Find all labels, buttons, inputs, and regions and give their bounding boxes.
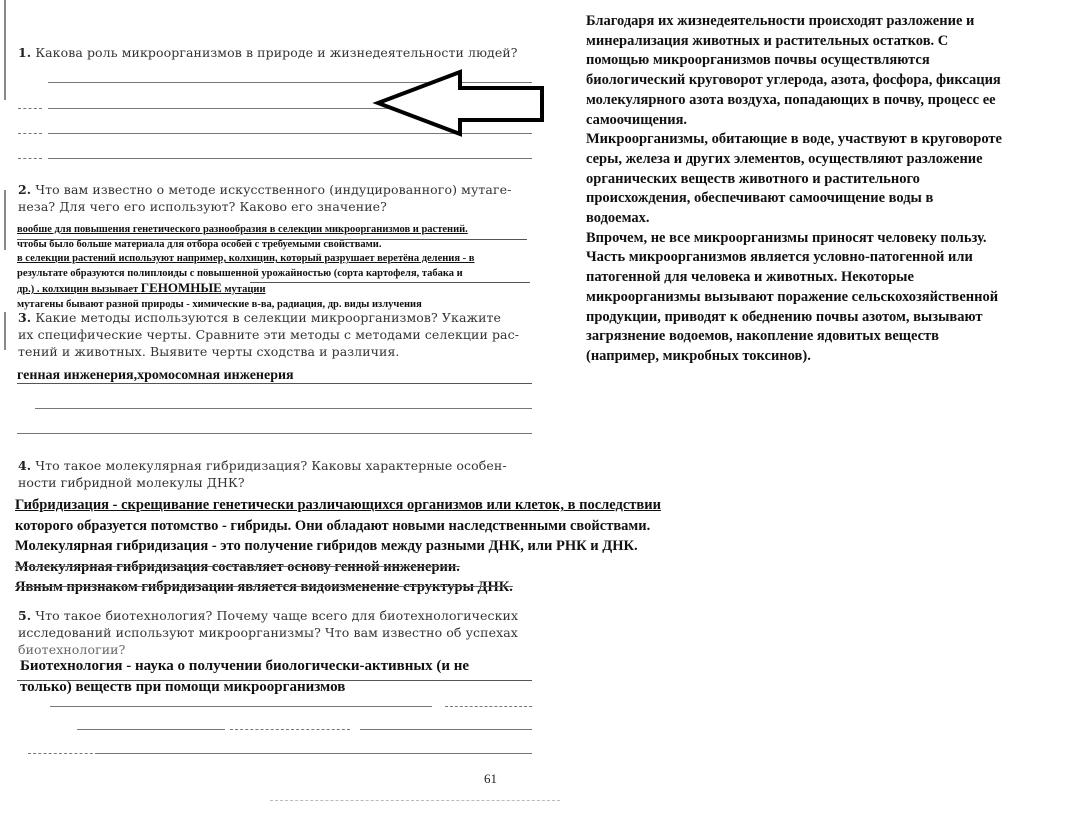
answer-line (250, 282, 530, 283)
question-text: тений и животных. Выявите черты сходства… (18, 343, 519, 360)
answer-line (230, 729, 350, 731)
side-answer-line: самоочищения. (586, 111, 1076, 131)
scan-margin-line (4, 312, 6, 350)
side-answer-line: патогенной для человека и животных. Неко… (586, 268, 1076, 288)
answer-emphasis: ГЕНОМНЫЕ (141, 280, 222, 295)
side-answer-line: Часть микроорганизмов является условно-п… (586, 248, 1076, 268)
answer-4: Гибридизация - скрещивание генетически р… (15, 495, 775, 598)
answer-line (445, 706, 532, 708)
question-5: 5. Что такое биотехнология? Почему чаще … (18, 607, 518, 658)
question-number: 1. (18, 45, 31, 60)
question-4: 4. Что такое молекулярная гибридизация? … (18, 457, 507, 491)
side-answer-line: происхождения, обеспечивают самоочищение… (586, 189, 1076, 209)
left-arrow-icon (370, 66, 550, 140)
question-number: 3. (18, 310, 31, 325)
answer-line (17, 680, 532, 681)
answer-line (18, 133, 42, 135)
question-1: 1. Какова роль микроорганизмов в природе… (18, 44, 518, 61)
answer-2: вообше для повышения генетического разно… (17, 223, 547, 312)
side-answer-line: загрязнение водоемов, накопление ядовиты… (586, 327, 1076, 347)
side-answer: Благодаря их жизнедеятельности происходя… (586, 12, 1076, 367)
answer-text: в селекции растений используют например,… (17, 252, 547, 267)
answer-text: которого образуется потомство - гибриды.… (15, 516, 775, 537)
side-answer-line: продукции, приводят к обеднению почвы аз… (586, 308, 1076, 328)
side-answer-line: Впрочем, не все микроорганизмы приносят … (586, 229, 1076, 249)
side-answer-line: биологический круговорот углерода, азота… (586, 71, 1076, 91)
answer-line (77, 729, 225, 730)
scan-margin-line (4, 190, 6, 250)
side-answer-line: Благодаря их жизнедеятельности происходя… (586, 12, 1076, 32)
question-text: исследований используют микроорганизмы? … (18, 624, 518, 641)
answer-line (48, 158, 532, 159)
scan-margin-line (4, 0, 6, 100)
answer-text: Гибридизация - скрещивание генетически р… (15, 495, 775, 516)
answer-text: Молекулярная гибридизация - это получени… (15, 536, 775, 557)
answer-line (18, 158, 42, 160)
answer-line (98, 753, 532, 754)
answer-line (28, 753, 98, 755)
answer-5: Биотехнология - наука о получении биолог… (20, 656, 469, 698)
question-text: неза? Для чего его используют? Каково ег… (18, 198, 511, 215)
answer-text: вообше для повышения генетического разно… (17, 223, 547, 238)
answer-line (360, 729, 532, 730)
scan-artifact (270, 800, 560, 802)
answer-line (17, 239, 527, 240)
side-answer-line: микроорганизмы вызывают поражение сельск… (586, 288, 1076, 308)
question-text: ности гибридной молекулы ДНК? (18, 474, 507, 491)
answer-line (18, 108, 42, 110)
page-number: 61 (484, 771, 497, 787)
side-answer-line: молекулярного азота воздуха, попадающих … (586, 91, 1076, 111)
answer-line (17, 433, 532, 434)
side-answer-line: минерализация животных и растительных ос… (586, 32, 1076, 52)
question-number: 5. (18, 608, 31, 623)
question-2: 2. Что вам известно о методе искусственн… (18, 181, 511, 215)
side-answer-line: помощью микроорганизмов почвы осуществля… (586, 51, 1076, 71)
question-number: 4. (18, 458, 31, 473)
side-answer-line: органических веществ животного и растите… (586, 170, 1076, 190)
answer-line (17, 383, 532, 384)
question-3: 3. Какие методы используются в селекции … (18, 309, 519, 360)
question-text: их специфические черты. Сравните эти мет… (18, 326, 519, 343)
answer-text: результате образуются полиплоиды с повыш… (17, 267, 547, 282)
side-answer-line: водоемах. (586, 209, 1076, 229)
question-text: Что такое биотехнология? Почему чаще все… (35, 608, 518, 623)
side-answer-line: Микроорганизмы, обитающие в воде, участв… (586, 130, 1076, 150)
side-answer-line: (например, микробных токсинов). (586, 347, 1076, 367)
answer-text: Явным признаком гибридизации является ви… (15, 577, 775, 598)
side-answer-line: серы, железа и других элементов, осущест… (586, 150, 1076, 170)
answer-text: Молекулярная гибридизация составляет осн… (15, 557, 775, 578)
question-text: Что такое молекулярная гибридизация? Как… (35, 458, 506, 473)
answer-text: др.) . колхицин вызывает ГЕНОМНЫЕ мутаци… (17, 281, 547, 298)
answer-text: Биотехнология - наука о получении биолог… (20, 656, 469, 677)
question-number: 2. (18, 182, 31, 197)
question-text: Что вам известно о методе искусственного… (35, 182, 511, 197)
answer-line (35, 408, 532, 409)
question-text: Какова роль микроорганизмов в природе и … (35, 45, 517, 60)
answer-line (50, 706, 432, 707)
question-text: Какие методы используются в селекции мик… (35, 310, 501, 325)
